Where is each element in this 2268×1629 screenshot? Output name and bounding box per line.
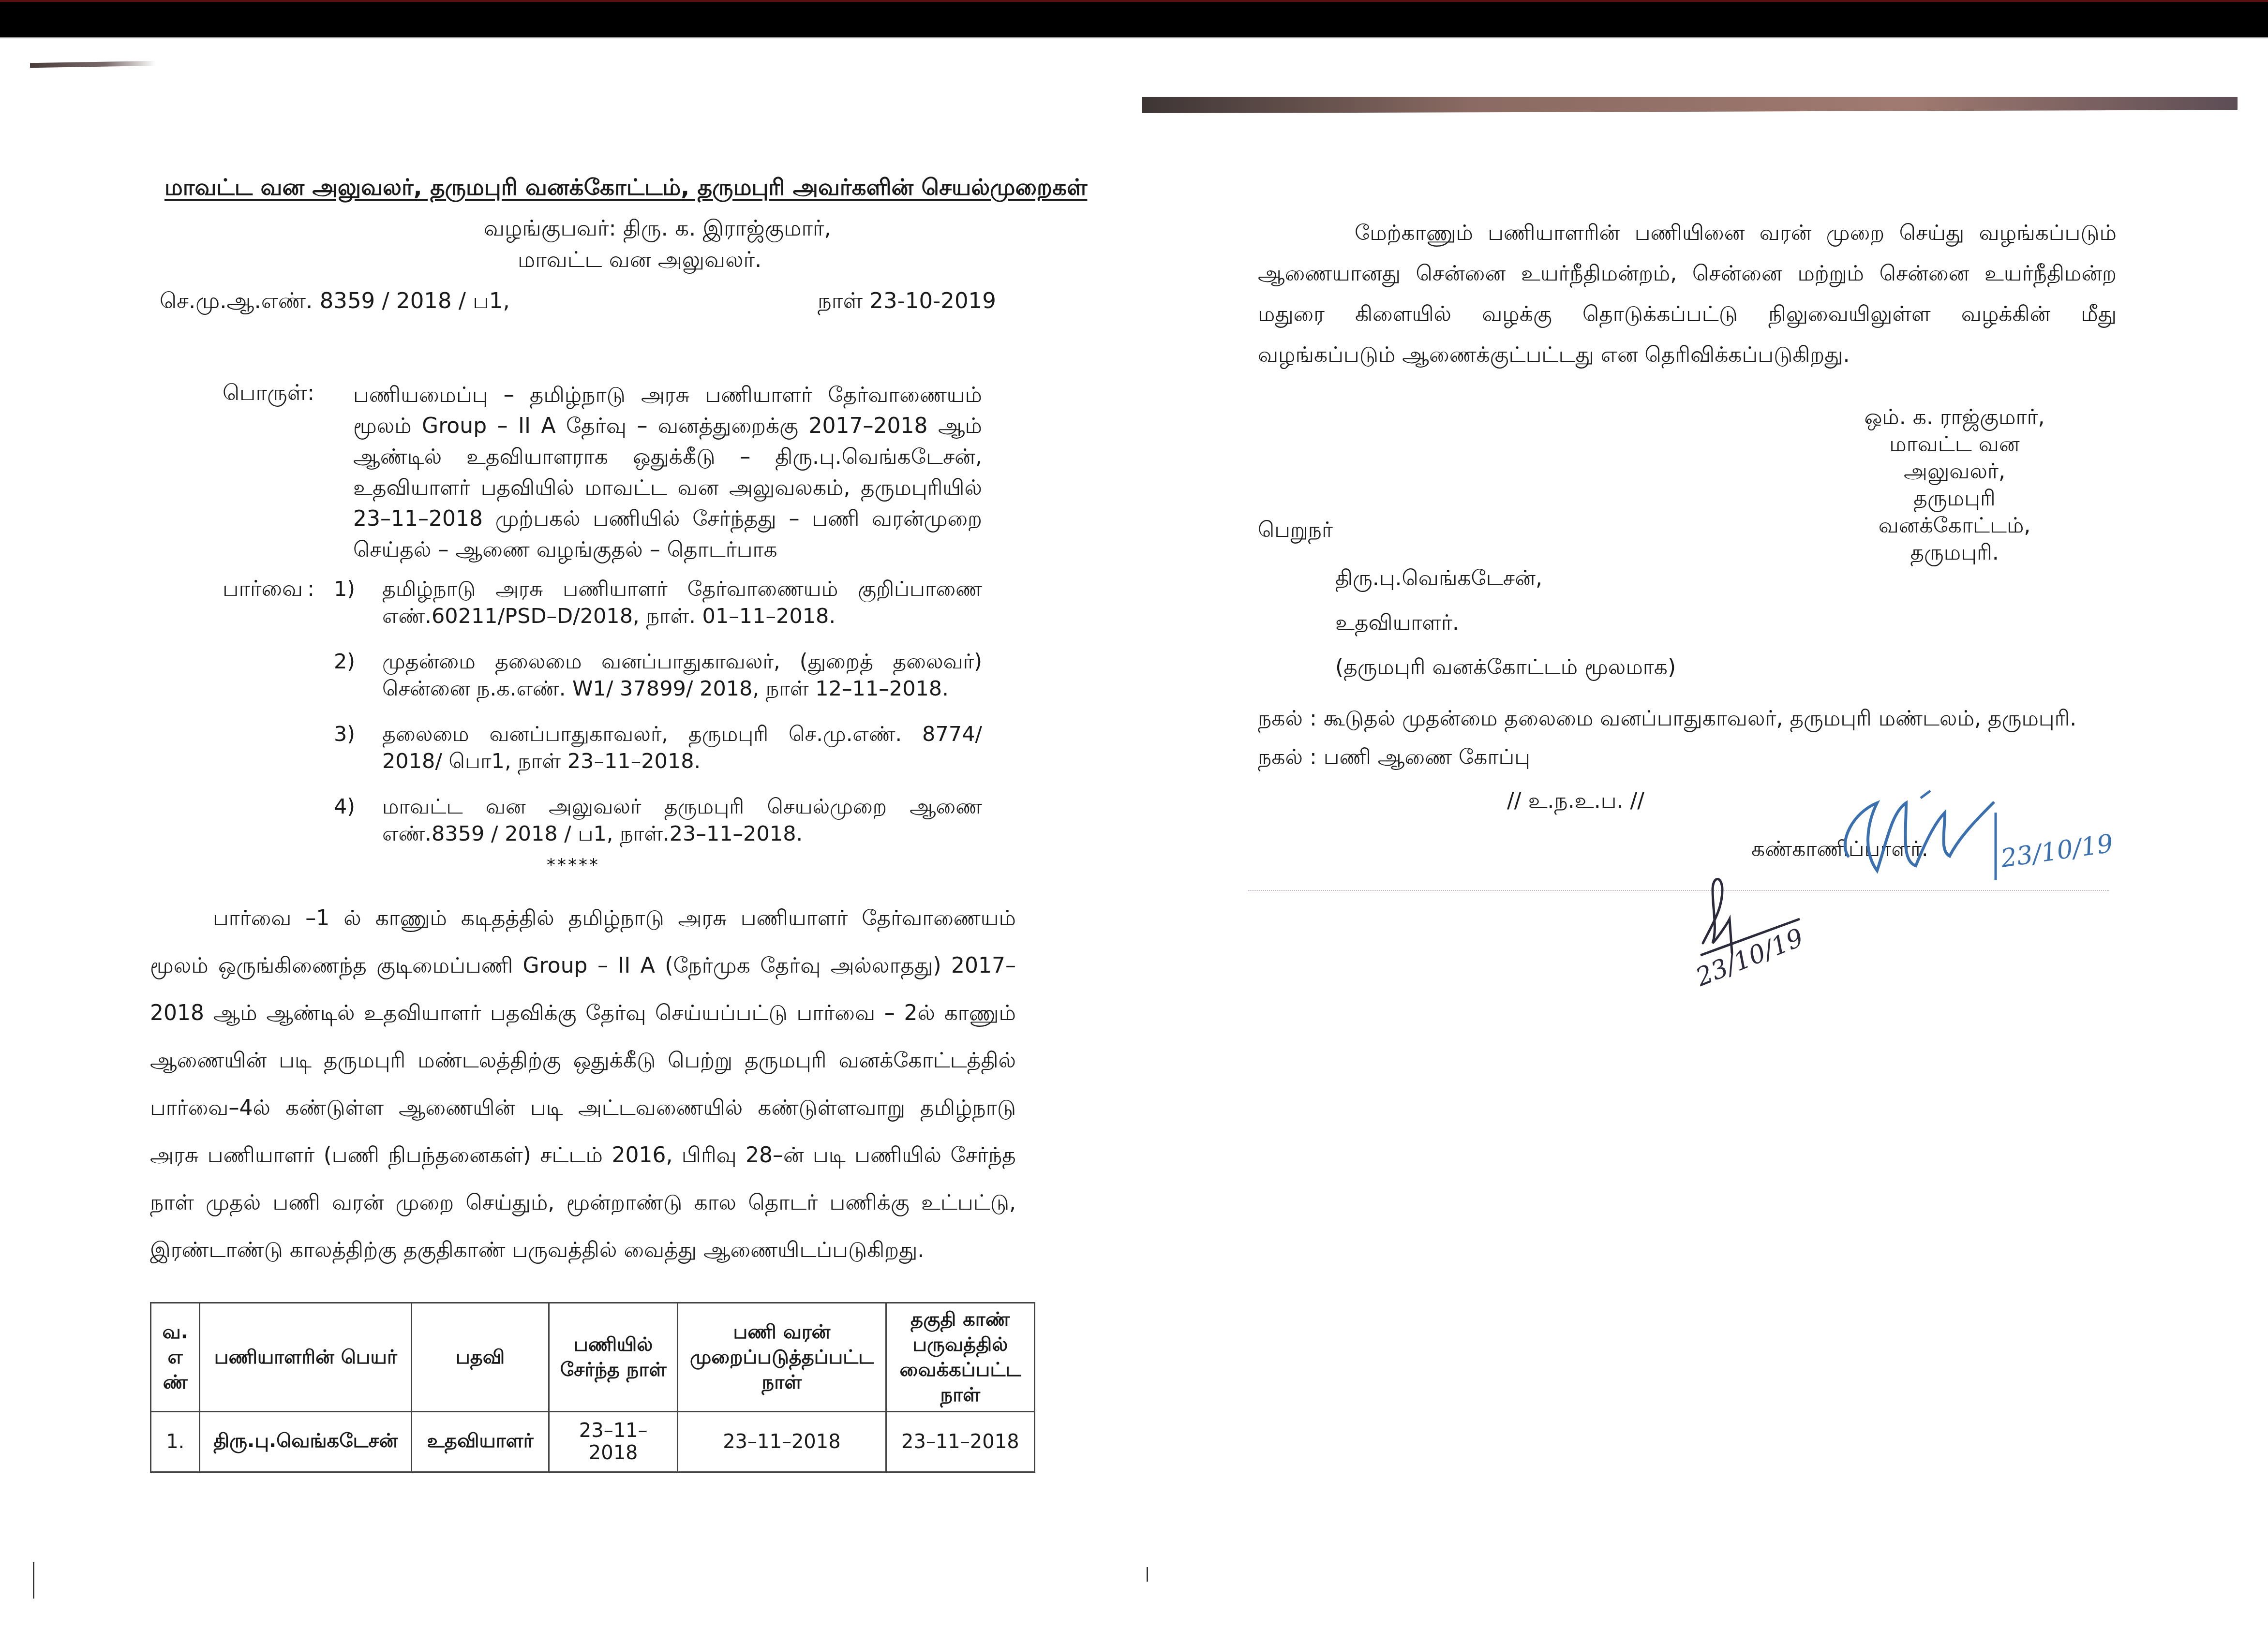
- recipient-designation: உதவியாளர்.: [1335, 601, 1676, 645]
- recipient-name: திரு.பு.வெங்கடேசன்,: [1335, 556, 1676, 601]
- subject-text: பணியமைப்பு – தமிழ்நாடு அரசு பணியாளர் தேர…: [353, 380, 982, 565]
- scan-edge-mark: [1147, 1567, 1148, 1582]
- recipient-via: (தருமபுரி வனக்கோட்டம் மூலமாக): [1335, 645, 1676, 690]
- signatory-designation: மாவட்ட வன அலுவலர்,: [1838, 431, 2071, 485]
- cell-joining-date: 23–11–2018: [549, 1412, 678, 1472]
- cell-regularisation-date: 23–11–2018: [678, 1412, 886, 1472]
- subject-colon: :: [307, 380, 314, 405]
- signatory-place: தருமபுரி.: [1838, 539, 2071, 566]
- references-colon: :: [307, 576, 314, 601]
- col-employee-name: பணியாளரின் பெயர்: [200, 1303, 412, 1412]
- true-copy-attestation: // உ.ந.உ.ப. //: [1507, 788, 1644, 816]
- copy-to-item: நகல் : கூடுதல் முதன்மை தலைமை வனப்பாதுகாவ…: [1258, 706, 2076, 734]
- signatory-office: தருமபுரி வனக்கோட்டம்,: [1838, 485, 2071, 539]
- scan-edge-right: [1142, 97, 2238, 113]
- cell-employee-name: திரு.பு.வெங்கடேசன்: [200, 1412, 412, 1472]
- recipient-label: பெறுநர்: [1258, 518, 1333, 545]
- col-joining-date: பணியில் சேர்ந்த நாள்: [549, 1303, 678, 1412]
- reference-number: செ.மு.ஆ.எண். 8359 / 2018 / ப1,: [160, 288, 510, 316]
- scan-top-border: [0, 0, 2268, 37]
- section-separator: *****: [547, 855, 600, 875]
- issuer-block: வழங்குபவர்: திரு. க. இராஜ்குமார், மாவட்ட…: [484, 215, 831, 275]
- court-notice-paragraph: மேற்காணும் பணியாளரின் பணியினை வரன் முறை …: [1258, 213, 2117, 375]
- supervisor-signature: 23/10/19: [1834, 784, 2085, 890]
- cell-probation-date: 23–11–2018: [886, 1412, 1034, 1472]
- issuer-name: வழங்குபவர்: திரு. க. இராஜ்குமார்,: [484, 215, 831, 244]
- order-body: பார்வை –1 ல் காணும் கடிதத்தில் தமிழ்நாடு…: [150, 895, 1016, 1274]
- issuer-designation: மாவட்ட வன அலுவலர்.: [484, 247, 831, 275]
- copy-to-item: நகல் : பணி ஆணை கோப்பு: [1258, 745, 1530, 772]
- table-row: 1. திரு.பு.வெங்கடேசன் உதவியாளர் 23–11–20…: [151, 1412, 1035, 1472]
- scan-edge-mark: [33, 1562, 34, 1599]
- col-probation-date: தகுதி காண் பருவத்தில் வைக்கப்பட்ட நாள்: [886, 1303, 1034, 1412]
- recipient-block: திரு.பு.வெங்கடேசன், உதவியாளர். (தருமபுரி…: [1335, 556, 1676, 690]
- document-date: நாள் 23-10-2019: [818, 288, 996, 316]
- signature-icon: [1834, 784, 2085, 890]
- table-header-row: வ. எ ண் பணியாளரின் பெயர் பதவி பணியில் சே…: [151, 1303, 1035, 1412]
- cell-designation: உதவியாளர்: [412, 1412, 549, 1472]
- col-serial: வ. எ ண்: [151, 1303, 200, 1412]
- col-designation: பதவி: [412, 1303, 549, 1412]
- initial-signature: 23/10/19: [1684, 871, 1838, 987]
- document-heading: மாவட்ட வன அலுவலர், தருமபுரி வனக்கோட்டம்,…: [164, 174, 1087, 204]
- col-regularisation-date: பணி வரன் முறைப்படுத்தப்பட்ட நாள்: [678, 1303, 886, 1412]
- signatory-name: ஒம். க. ராஜ்குமார்,: [1838, 404, 2071, 431]
- signatory-block: ஒம். க. ராஜ்குமார், மாவட்ட வன அலுவலர், த…: [1838, 404, 2071, 566]
- regularisation-table: வ. எ ண் பணியாளரின் பெயர் பதவி பணியில் சே…: [150, 1302, 1035, 1473]
- scan-dotted-line: [1248, 890, 2109, 891]
- cell-serial: 1.: [151, 1412, 200, 1472]
- scan-edge-left: [30, 61, 156, 68]
